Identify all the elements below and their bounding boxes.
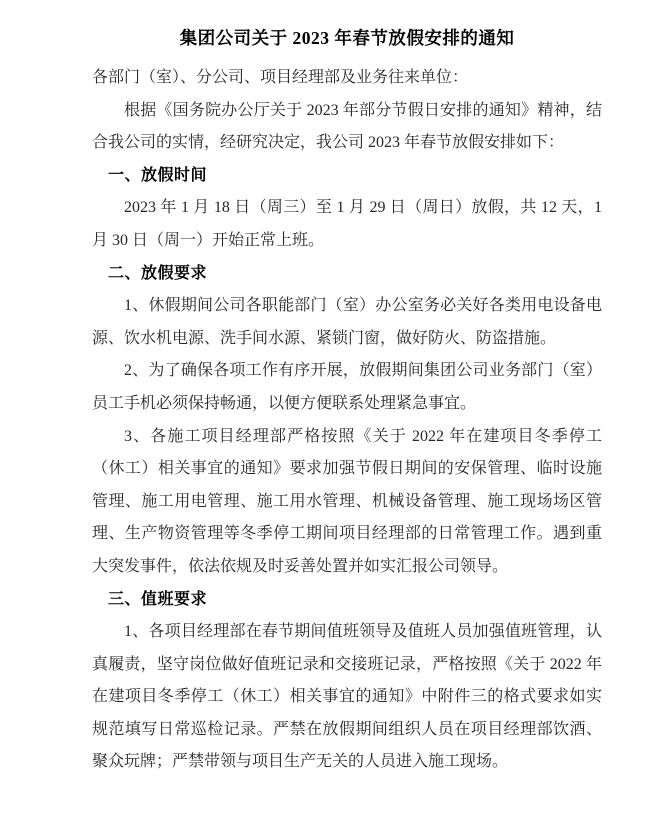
section-heading: 二、放假要求 — [92, 258, 602, 291]
document-body: 各部门（室）、分公司、项目经理部及业务往来单位： 根据《国务院办公厅关于 202… — [92, 62, 602, 779]
section-duty-requirements: 三、值班要求 1、各项目经理部在春节期间值班领导及值班人员加强值班管理，认真履责… — [92, 584, 602, 780]
section-holiday-time: 一、放假时间 2023 年 1 月 18 日（周三）至 1 月 29 日（周日）… — [92, 160, 602, 258]
body-paragraph: 3、各施工项目经理部严格按照《关于 2022 年在建项目冬季停工（休工）相关事宜… — [92, 421, 602, 584]
body-paragraph: 2、为了确保各项工作有序开展，放假期间集团公司业务部门（室）员工手机必须保持畅通… — [92, 355, 602, 420]
intro-paragraph: 根据《国务院办公厅关于 2023 年部分节假日安排的通知》精神，结合我公司的实情… — [92, 95, 602, 160]
section-holiday-requirements: 二、放假要求 1、休假期间公司各职能部门（室）办公室务必关好各类用电设备电源、饮… — [92, 258, 602, 584]
document-page: 集团公司关于 2023 年春节放假安排的通知 各部门（室）、分公司、项目经理部及… — [0, 0, 665, 820]
section-heading: 一、放假时间 — [92, 160, 602, 193]
body-paragraph: 2023 年 1 月 18 日（周三）至 1 月 29 日（周日）放假，共 12… — [92, 192, 602, 257]
body-paragraph: 1、各项目经理部在春节期间值班领导及值班人员加强值班管理，认真履责，坚守岗位做好… — [92, 616, 602, 779]
document-title: 集团公司关于 2023 年春节放假安排的通知 — [92, 21, 602, 55]
salutation-line: 各部门（室）、分公司、项目经理部及业务往来单位： — [92, 62, 602, 95]
body-paragraph: 1、休假期间公司各职能部门（室）办公室务必关好各类用电设备电源、饮水机电源、洗手… — [92, 290, 602, 355]
section-heading: 三、值班要求 — [92, 584, 602, 617]
